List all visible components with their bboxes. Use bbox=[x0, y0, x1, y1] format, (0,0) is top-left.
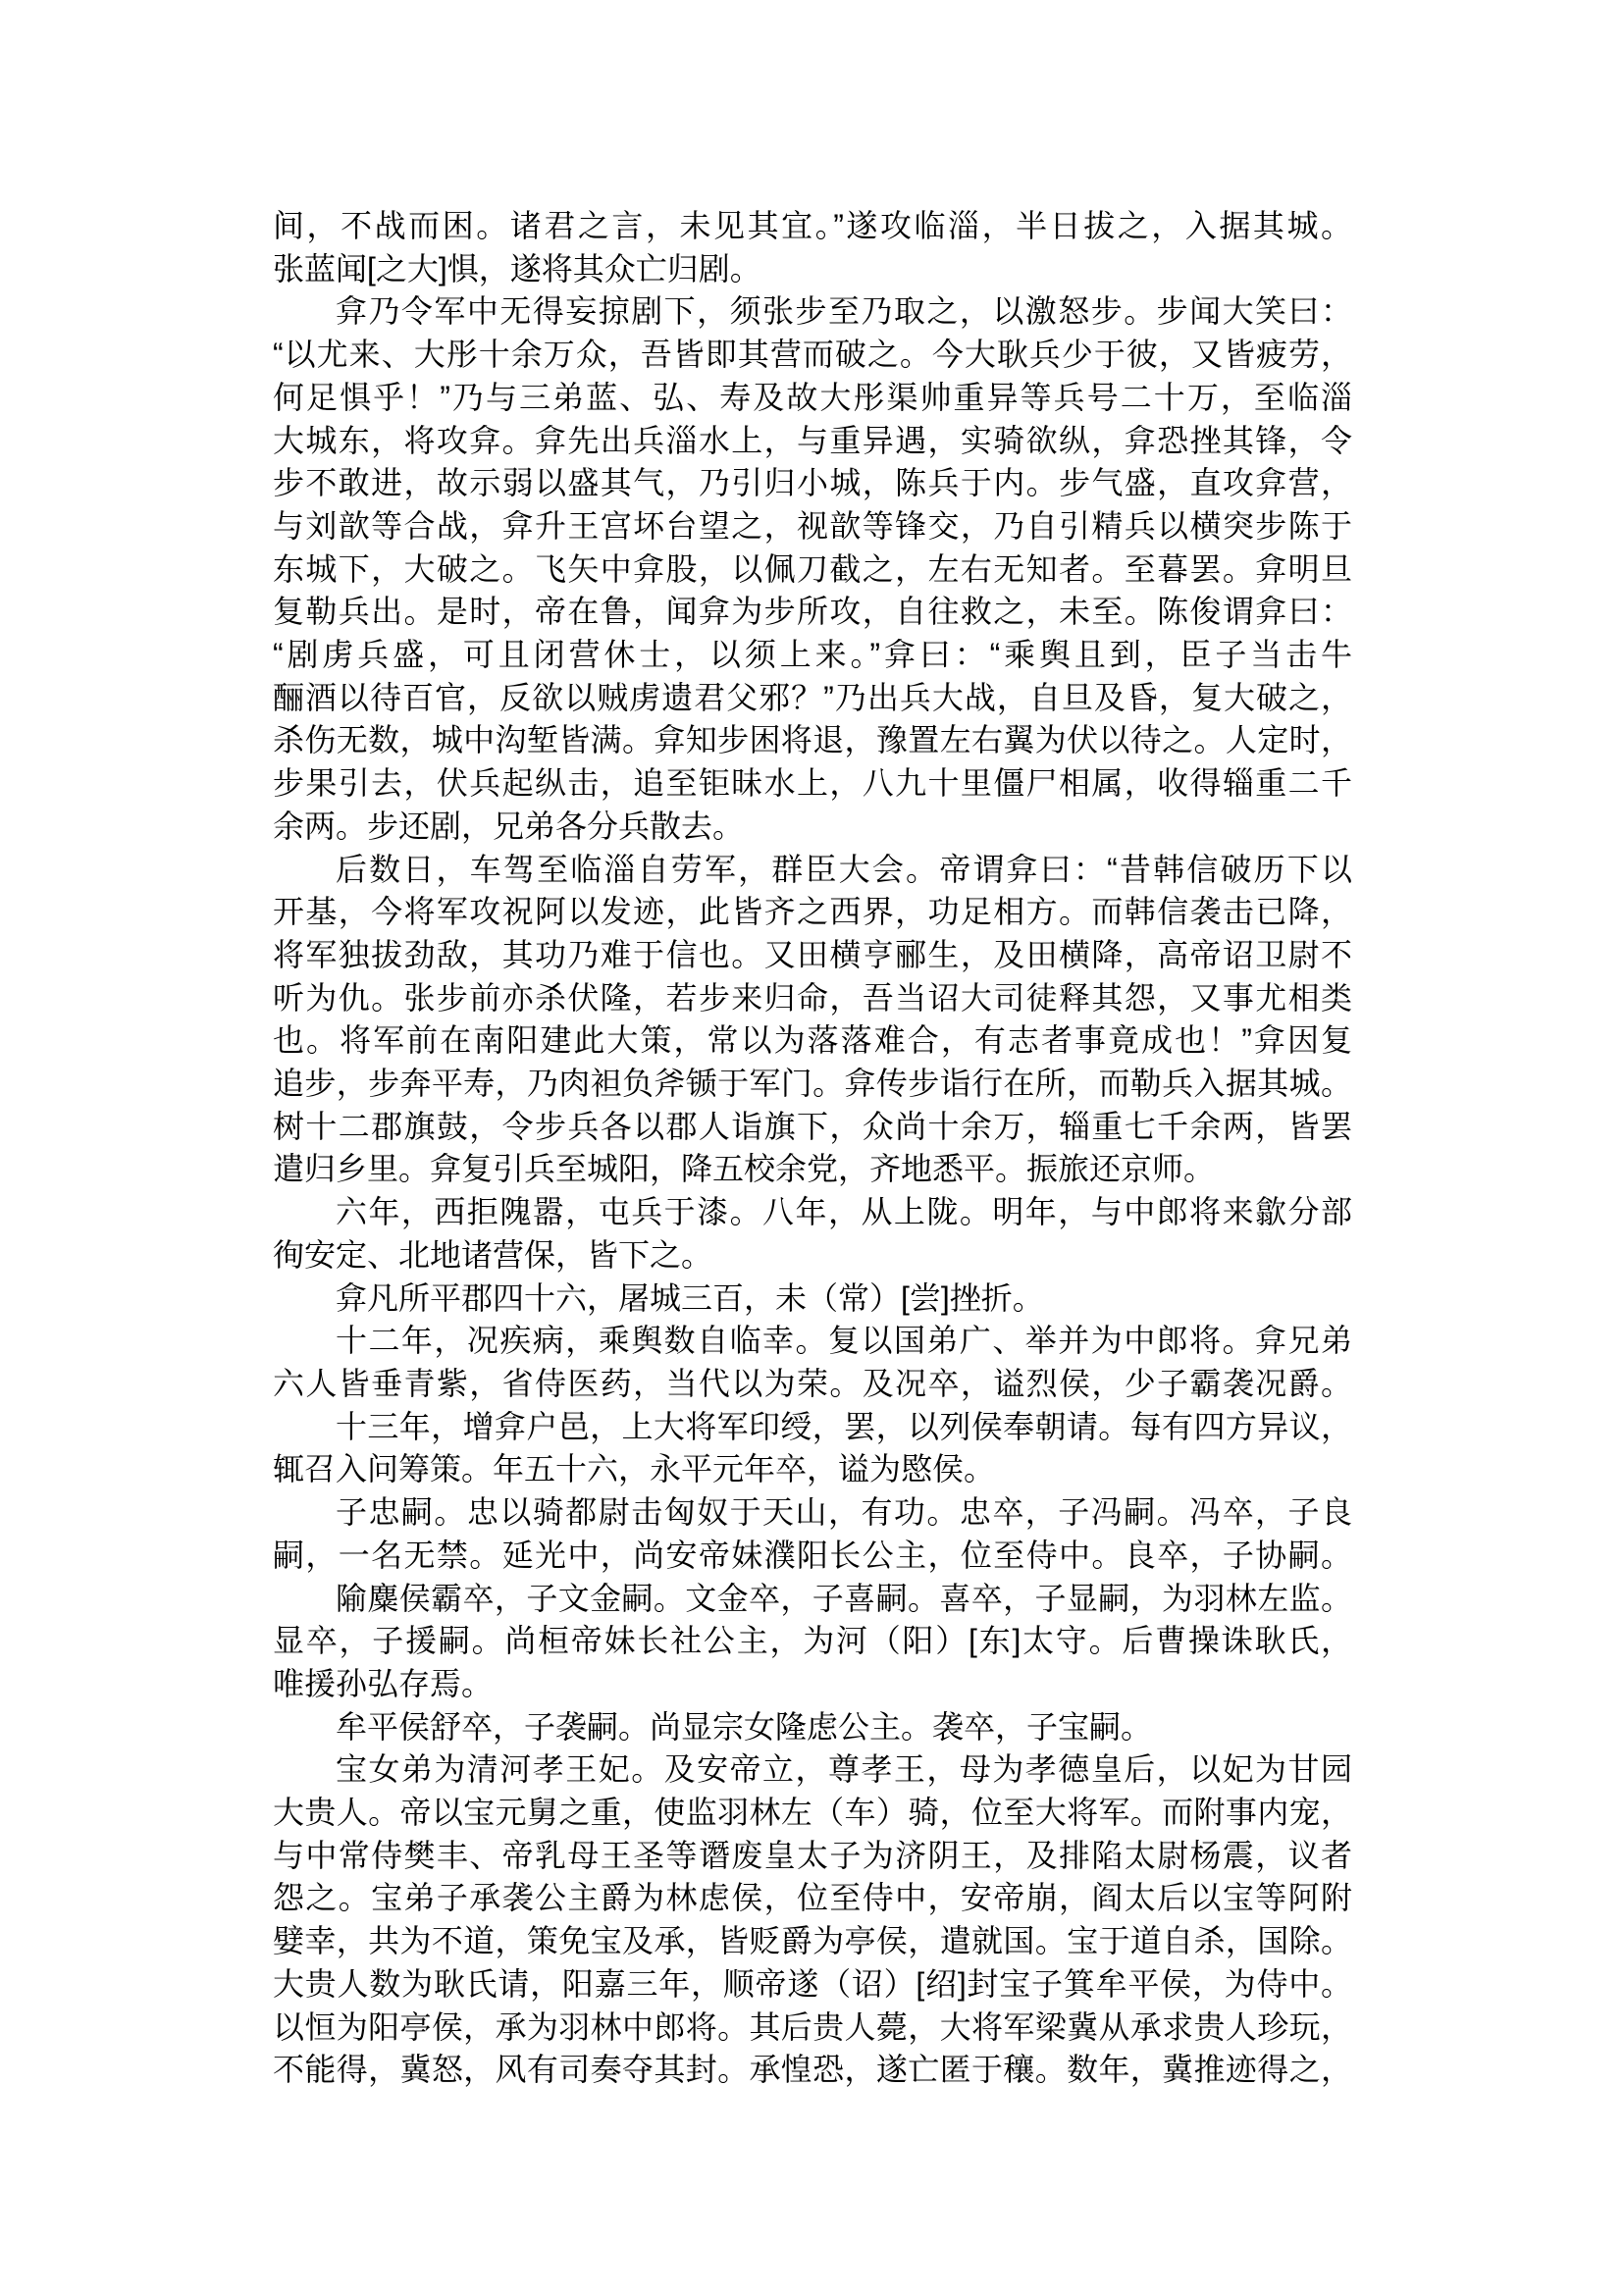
text-line: 东城下，大破之。飞矢中弇股，以佩刀截之，左右无知者。至暮罢。弇明旦 bbox=[273, 548, 1352, 592]
text-block: 间，不战而困。诸君之言，未见其宜。”遂攻临淄，半日拔之，入据其城。 张蓝闻[之大… bbox=[273, 205, 1352, 2092]
text-line: 张蓝闻[之大]惧，遂将其众亡归剧。 bbox=[273, 248, 1352, 291]
text-line: 何足惧乎！”乃与三弟蓝、弘、寿及故大彤渠帅重异等兵号二十万，至临淄 bbox=[273, 377, 1352, 420]
text-line: 弇乃令军中无得妄掠剧下，须张步至乃取之，以激怒步。步闻大笑曰： bbox=[273, 290, 1352, 334]
text-line: 嬖幸，共为不道，策免宝及承，皆贬爵为亭侯，遣就国。宝于道自杀，国除。 bbox=[273, 1920, 1352, 1963]
text-line: 与刘歆等合战，弇升王宫坏台望之，视歆等锋交，乃自引精兵以横突步陈于 bbox=[273, 505, 1352, 548]
text-line: 听为仇。张步前亦杀伏隆，若步来归命，吾当诏大司徒释其怨，又事尤相类 bbox=[273, 977, 1352, 1020]
text-line: 隃麋侯霸卒，子文金嗣。文金卒，子喜嗣。喜卒，子显嗣，为羽林左监。 bbox=[273, 1578, 1352, 1621]
text-line: 间，不战而困。诸君之言，未见其宜。”遂攻临淄，半日拔之，入据其城。 bbox=[273, 205, 1352, 248]
text-line: 显卒，子援嗣。尚桓帝妹长社公主，为河（阳）[东]太守。后曹操诛耿氏， bbox=[273, 1620, 1352, 1663]
document-page: 间，不战而困。诸君之言，未见其宜。”遂攻临淄，半日拔之，入据其城。 张蓝闻[之大… bbox=[0, 0, 1624, 2294]
text-line: 十二年，况疾病，乘舆数自临幸。复以国弟广、举并为中郎将。弇兄弟 bbox=[273, 1320, 1352, 1363]
text-line: 大贵人。帝以宝元舅之重，使监羽林左（车）骑，位至大将军。而附事内宠， bbox=[273, 1792, 1352, 1835]
text-line: 六年，西拒隗嚣，屯兵于漆。八年，从上陇。明年，与中郎将来歙分部 bbox=[273, 1191, 1352, 1234]
text-line: 徇安定、北地诸营保，皆下之。 bbox=[273, 1234, 1352, 1277]
text-line: 开基，今将军攻祝阿以发迹，此皆齐之西界，功足相方。而韩信袭击已降， bbox=[273, 891, 1352, 934]
text-line: “以尤来、大彤十余万众，吾皆即其营而破之。今大耿兵少于彼，又皆疲劳， bbox=[273, 334, 1352, 377]
text-line: 牟平侯舒卒，子袭嗣。尚显宗女隆虑公主。袭卒，子宝嗣。 bbox=[273, 1706, 1352, 1749]
text-line: 将军独拔劲敌，其功乃难于信也。又田横亨郦生，及田横降，高帝诏卫尉不 bbox=[273, 934, 1352, 977]
text-line: 以恒为阳亭侯，承为羽林中郎将。其后贵人薨，大将军梁冀从承求贵人珍玩， bbox=[273, 2007, 1352, 2050]
text-line: 宝女弟为清河孝王妃。及安帝立，尊孝王，母为孝德皇后，以妃为甘园 bbox=[273, 1748, 1352, 1792]
text-line: “剧虏兵盛，可且闭营休士，以须上来。”弇曰：“乘舆且到，臣子当击牛 bbox=[273, 634, 1352, 677]
text-line: 酾酒以待百官，反欲以贼虏遗君父邪？”乃出兵大战，自旦及昏，复大破之， bbox=[273, 677, 1352, 720]
text-line: 大贵人数为耿氏请，阳嘉三年，顺帝遂（诏）[绍]封宝子箕牟平侯，为侍中。 bbox=[273, 1963, 1352, 2007]
text-line: 树十二郡旗鼓，令步兵各以郡人诣旗下，众尚十余万，辎重七千余两，皆罢 bbox=[273, 1106, 1352, 1149]
text-line: 六人皆垂青紫，省侍医药，当代以为荣。及况卒，谥烈侯，少子霸袭况爵。 bbox=[273, 1363, 1352, 1406]
text-line: 不能得，冀怒，风有司奏夺其封。承惶恐，遂亡匿于穰。数年，冀推迹得之， bbox=[273, 2049, 1352, 2092]
text-line: 余两。步还剧，兄弟各分兵散去。 bbox=[273, 806, 1352, 849]
text-line: 后数日，车驾至临淄自劳军，群臣大会。帝谓弇曰：“昔韩信破历下以 bbox=[273, 849, 1352, 892]
text-line: 步不敢进，故示弱以盛其气，乃引归小城，陈兵于内。步气盛，直攻弇营， bbox=[273, 462, 1352, 505]
text-line: 也。将军前在南阳建此大策，常以为落落难合，有志者事竟成也！”弇因复 bbox=[273, 1019, 1352, 1063]
text-line: 遣归乡里。弇复引兵至城阳，降五校余党，齐地悉平。振旅还京师。 bbox=[273, 1148, 1352, 1191]
text-line: 嗣，一名无禁。延光中，尚安帝妹濮阳长公主，位至侍中。良卒，子协嗣。 bbox=[273, 1535, 1352, 1578]
text-line: 杀伤无数，城中沟堑皆满。弇知步困将退，豫置左右翼为伏以待之。人定时， bbox=[273, 719, 1352, 762]
text-line: 辄召入问筹策。年五十六，永平元年卒，谥为愍侯。 bbox=[273, 1448, 1352, 1491]
text-line: 复勒兵出。是时，帝在鲁，闻弇为步所攻，自往救之，未至。陈俊谓弇曰： bbox=[273, 591, 1352, 634]
text-line: 步果引去，伏兵起纵击，追至钜昧水上，八九十里僵尸相属，收得辎重二千 bbox=[273, 762, 1352, 806]
text-line: 怨之。宝弟子承袭公主爵为林虑侯，位至侍中，安帝崩，阎太后以宝等阿附 bbox=[273, 1877, 1352, 1920]
text-line: 大城东，将攻弇。弇先出兵淄水上，与重异遇，实骑欲纵，弇恐挫其锋，令 bbox=[273, 420, 1352, 463]
text-line: 与中常侍樊丰、帝乳母王圣等谮废皇太子为济阴王，及排陷太尉杨震，议者 bbox=[273, 1835, 1352, 1878]
text-line: 十三年，增弇户邑，上大将军印绶，罢，以列侯奉朝请。每有四方异议， bbox=[273, 1406, 1352, 1449]
text-line: 追步，步奔平寿，乃肉袒负斧锧于军门。弇传步诣行在所，而勒兵入据其城。 bbox=[273, 1063, 1352, 1106]
text-line: 子忠嗣。忠以骑都尉击匈奴于天山，有功。忠卒，子冯嗣。冯卒，子良 bbox=[273, 1491, 1352, 1535]
text-line: 唯援孙弘存焉。 bbox=[273, 1663, 1352, 1706]
text-line: 弇凡所平郡四十六，屠城三百，未（常）[尝]挫折。 bbox=[273, 1277, 1352, 1321]
